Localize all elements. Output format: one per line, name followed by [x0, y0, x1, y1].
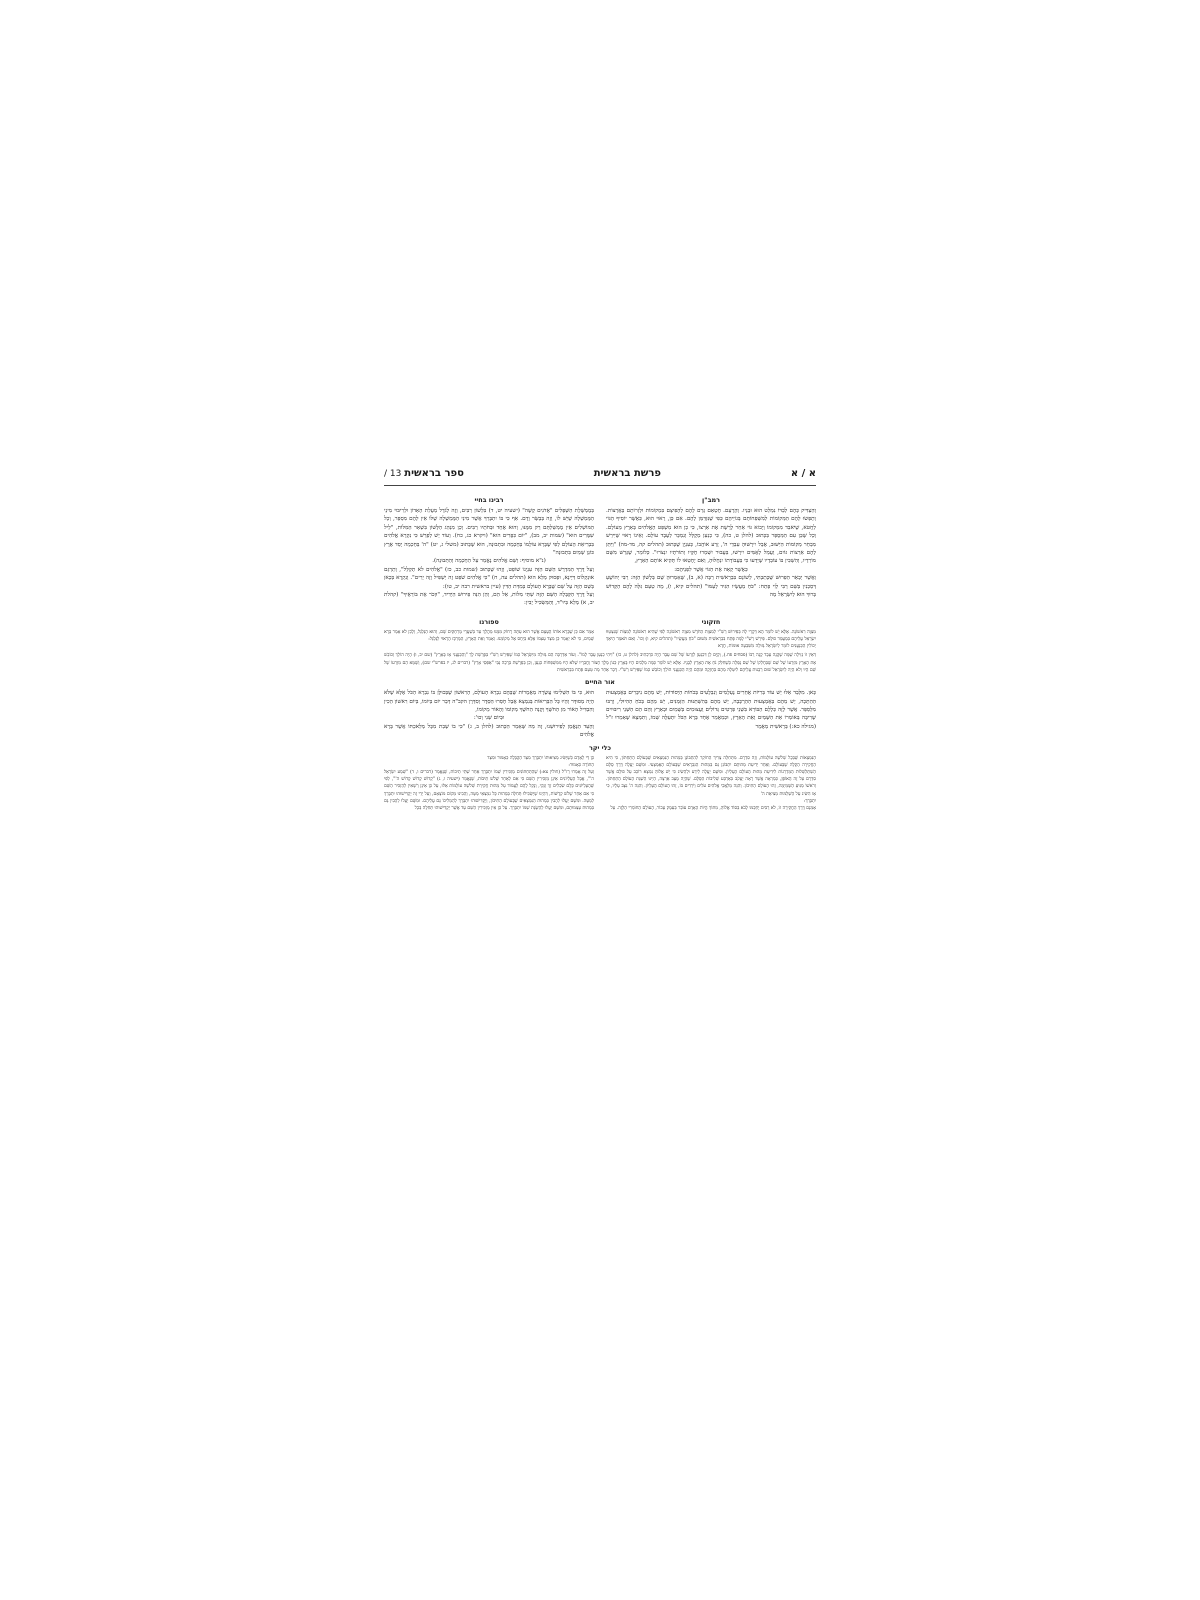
or-hachaim-paragraph: וְהָעֵד הַנֶּאֱמָן לְפֵירוּשֵׁנוּ, זֶה מ… [384, 723, 594, 740]
kli-yakar-paragraph: יִתְבָּרַךְ: [606, 798, 816, 805]
chizkuni-paragraph: מִצְוָה רִאשׁוֹנָה. אֶלָּא יֵשׁ לוֹמַר ה… [606, 629, 816, 651]
or-hachaim-paragraph: כָּאן. מִלְּבַד אֵלּוּ יֵשׁ עוֹד בְּרִיּ… [606, 689, 816, 731]
rabbeinu-bachya-paragraph: וְעַל דֶּרֶךְ הַקַּבָּלָה הַשֵּׁם הַזֶּה… [384, 591, 594, 608]
or-hachaim-columns: כָּאן. מִלְּבַד אֵלּוּ יֵשׁ עוֹד בְּרִיּ… [384, 689, 816, 739]
ramban-paragraph: כַּאֲשֶׁר קָאָה אֶת הַגּוֹי אֲשֶׁר לִפְנ… [606, 566, 816, 574]
or-hachaim-left-column: הוּא, כִּי בּוֹ הִשְׁלִימוּ עֲשָׂרָה מַא… [384, 689, 594, 739]
kli-yakar-paragraph: הַתּוֹרָה כְּאָמוּר: [384, 762, 594, 769]
chizkuni-title: חזקוני [606, 618, 816, 626]
kli-yakar-title: כלי יקר [384, 744, 816, 752]
kli-yakar-columns: הַנִּמְצָאוֹת שֶׁבְּכָל שְׁלֹשָׁה עוֹלָמ… [384, 755, 816, 813]
book-title: ספר בראשית [404, 468, 464, 479]
or-hachaim-paragraph: וּבְיוֹם שֵׁנִי וְכוּ': [384, 714, 594, 722]
chizkuni-column: חזקוני מִצְוָה רִאשׁוֹנָה. אֶלָּא יֵשׁ ל… [606, 614, 816, 651]
running-header: א / א פרשת בראשית ספר בראשית 13 / [384, 468, 816, 486]
or-hachaim-title: אור החיים [384, 678, 816, 686]
middle-commentary-columns: חזקוני מִצְוָה רִאשׁוֹנָה. אֶלָּא יֵשׁ ל… [384, 614, 816, 651]
chizkuni-full-paragraph: דְּאֵין זוֹ גְּזֵילָה שֶׁמָּה שֶׁקָּנָה … [384, 652, 816, 674]
or-hachaim-paragraph: הוּא, כִּי בּוֹ הִשְׁלִימוּ עֲשָׂרָה מַא… [384, 689, 594, 714]
book-page: א / א פרשת בראשית ספר בראשית 13 / רמב"ן … [384, 468, 816, 812]
ramban-column: רמב"ן וְהַצַּדִּיק כָּהֶם לְבַדּוֹ נִמְל… [606, 492, 816, 608]
top-commentary-columns: רמב"ן וְהַצַּדִּיק כָּהֶם לְבַדּוֹ נִמְל… [384, 492, 816, 608]
sforno-paragraph: אָמַר אִם כֵּן שֶׁבָּרָא אוֹתוֹ הָעֶצֶם … [384, 629, 594, 643]
ramban-title: רמב"ן [606, 496, 816, 504]
or-hachaim-right-column: כָּאן. מִלְּבַד אֵלּוּ יֵשׁ עוֹד בְּרִיּ… [606, 689, 816, 739]
kli-yakar-paragraph: כֵּן דַּי לָאָדָם כְּשֶׁיַּשִּׂיג מְצִיא… [384, 755, 594, 762]
kli-yakar-paragraph: אָמְנָם דֶּרֶךְ הַחֲקִירָה זוֹ, לֹא רַבִ… [606, 805, 816, 812]
kli-yakar-right-column: הַנִּמְצָאוֹת שֶׁבְּכָל שְׁלֹשָׁה עוֹלָמ… [606, 755, 816, 813]
ramban-paragraph: וַאֲשֶׁר יְבָאֵר הַפֵּרוּשׁ שֶׁכָּתַבְתִ… [606, 574, 816, 599]
book-title-page-number: ספר בראשית 13 / [384, 468, 464, 479]
rabbeinu-bachya-paragraph: וְעַל דֶּרֶךְ הַמִּדְרָשׁ הַשֵּׁם הַזֶּה… [384, 566, 594, 591]
rabbeinu-bachya-paragraph: (נ"א מוסיף: וְשֵׁם אֱלֹהִים נֶאֱמַר עַל … [384, 557, 594, 565]
rabbeinu-bachya-title: רבינו בחיי [384, 496, 594, 504]
ramban-paragraph: וְהַצַּדִּיק כָּהֶם לְבַדּוֹ נִמְלַט הוּ… [606, 507, 816, 566]
sforno-column: ספורנו אָמַר אִם כֵּן שֶׁבָּרָא אוֹתוֹ ה… [384, 614, 594, 651]
kli-yakar-left-column: כֵּן דַּי לָאָדָם כְּשֶׁיַּשִּׂיג מְצִיא… [384, 755, 594, 813]
parsha-title: פרשת בראשית [594, 468, 661, 479]
chizkuni-full-width: דְּאֵין זוֹ גְּזֵילָה שֶׁמָּה שֶׁקָּנָה … [384, 652, 816, 674]
rabbeinu-bachya-paragraph: בְּמֶמְשֶׁלֶת הַשְּׁפָלִים "אֲדֹנִים קָש… [384, 507, 594, 557]
rabbeinu-bachya-column: רבינו בחיי בְּמֶמְשֶׁלֶת הַשְּׁפָלִים "א… [384, 492, 594, 608]
kli-yakar-paragraph: וְעַל זֶה אָמְרוּ רַז"ל (חולין צא:) שֶׁה… [384, 769, 594, 812]
kli-yakar-paragraph: הַנִּמְצָאוֹת שֶׁבְּכָל שְׁלֹשָׁה עוֹלָמ… [606, 755, 816, 798]
chapter-verse-marker: א / א [791, 468, 816, 479]
page-number: 13 / [384, 469, 401, 479]
sforno-title: ספורנו [384, 618, 594, 626]
